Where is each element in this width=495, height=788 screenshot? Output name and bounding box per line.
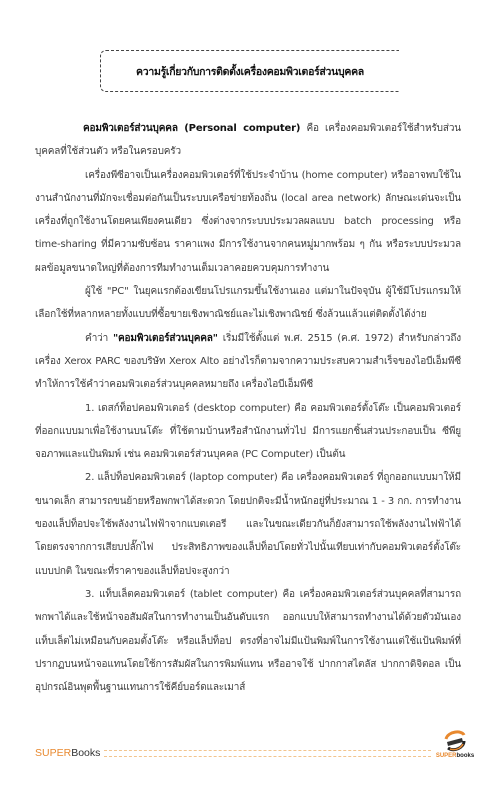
paragraph-term-history: คำว่า "คอมพิวเตอร์ส่วนบุคคล" เริ่มมีใช้ต…	[35, 327, 461, 397]
superbooks-logo: SUPERbooks	[435, 729, 475, 759]
footer-divider	[104, 750, 431, 757]
logo-super-text: SUPER	[436, 753, 457, 759]
logo-wordmark: SUPERbooks	[436, 753, 474, 759]
logo-books-text: books	[457, 753, 475, 759]
paragraph-pc-usage: เครื่องพีซีอาจเป็นเครื่องคอมพิวเตอร์ที่ใ…	[35, 164, 461, 280]
paragraph-pc-users: ผู้ใช้ "PC" ในยุคแรกต้องเขียนโปรแกรมขึ้น…	[35, 280, 461, 327]
page-title: ความรู้เกี่ยวกับการติดตั้งเครื่องคอมพิวเ…	[136, 63, 364, 80]
list-item-tablet: 3. แท็บเล็ตคอมพิวเตอร์ (tablet computer)…	[35, 583, 461, 699]
paragraph-text: 2. แล็ปท็อปคอมพิวเตอร์ (laptop computer)…	[35, 472, 461, 576]
swirl-logo-icon	[442, 729, 468, 753]
paragraph-text: ผู้ใช้ "PC" ในยุคแรกต้องเขียนโปรแกรมขึ้น…	[35, 286, 461, 320]
term-personal-computer: คอมพิวเตอร์ส่วนบุคคล (Personal computer)	[83, 123, 300, 134]
brand-books-text: Books	[71, 747, 100, 759]
paragraph-definition: คอมพิวเตอร์ส่วนบุคคล (Personal computer)…	[35, 117, 461, 164]
paragraph-text: 3. แท็บเล็ตคอมพิวเตอร์ (tablet computer)…	[35, 589, 461, 693]
list-item-desktop: 1. เดสก์ท็อปคอมพิวเตอร์ (desktop compute…	[35, 397, 461, 467]
brand-super-text: SUPER	[35, 747, 71, 759]
term-quoted: "คอมพิวเตอร์ส่วนบุคคล"	[113, 333, 218, 344]
document-body: คอมพิวเตอร์ส่วนบุคคล (Personal computer)…	[35, 117, 461, 699]
list-item-laptop: 2. แล็ปท็อปคอมพิวเตอร์ (laptop computer)…	[35, 466, 461, 582]
paragraph-text: เครื่องพีซีอาจเป็นเครื่องคอมพิวเตอร์ที่ใ…	[35, 170, 461, 274]
page-footer: SUPERBooks SUPERbooks	[35, 743, 475, 763]
footer-brand: SUPERBooks	[35, 747, 100, 759]
title-box: ความรู้เกี่ยวกับการติดตั้งเครื่องคอมพิวเ…	[100, 50, 399, 92]
paragraph-text: คำว่า	[85, 333, 113, 344]
paragraph-text: 1. เดสก์ท็อปคอมพิวเตอร์ (desktop compute…	[35, 403, 461, 461]
